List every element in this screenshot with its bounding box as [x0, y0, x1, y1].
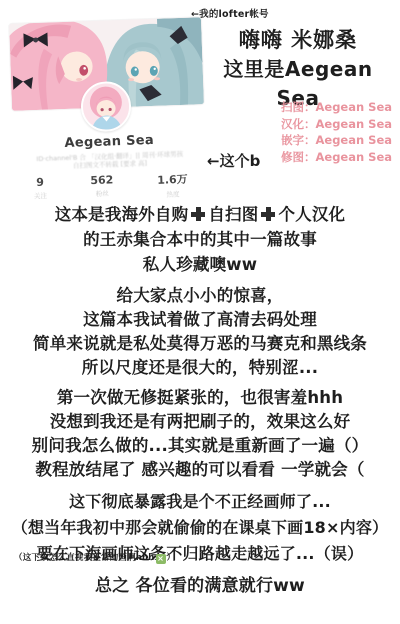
small-note-close: ）	[167, 553, 176, 563]
surprise-line4: 所以尺度还是很大的，特别涩...	[0, 356, 400, 380]
stat-following: 9 关注	[33, 176, 47, 203]
credit-scan: 扫图：Aegean Sea	[281, 99, 392, 116]
stat-heat-label: 热度	[158, 189, 189, 199]
paragraph-source-info: 这本是我海外自购自扫图个人汉化 的王赤集合本中的其中一篇故事 私人珍藏噢ww	[0, 202, 400, 277]
stat-followers-value: 562	[90, 173, 113, 187]
stat-heat: 1.6万 热度	[157, 171, 188, 199]
source-line1: 这本是我海外自购自扫图个人汉化	[0, 202, 400, 227]
stat-followers: 562 粉丝	[90, 173, 114, 201]
stat-following-value: 9	[33, 176, 46, 189]
small-note-text: （这下该怎么直视我正常的画啊hhh	[14, 553, 155, 563]
process-line4: 教程放结尾了 感兴趣的可以看看 一学就会（	[0, 458, 400, 482]
source-line1-seg1: 这本是我海外自购	[55, 205, 189, 224]
stat-following-label: 关注	[34, 191, 47, 200]
credit-retouch: 修图：Aegean Sea	[281, 149, 392, 166]
credit-typeset-label: 嵌字：	[281, 133, 316, 147]
credit-scan-label: 扫图：	[281, 100, 316, 114]
this-one-arrow-note: ←这个b	[207, 150, 260, 171]
surprise-line3: 简单来说就是私处莫得万恶的马赛克和黑线条	[0, 332, 400, 356]
avatar-chibi-art	[82, 83, 130, 131]
source-line1-seg3: 个人汉化	[278, 205, 345, 224]
cross-mark-icon	[156, 554, 166, 564]
surprise-line2: 这篇本我试着做了高清去码处理	[0, 308, 400, 332]
credit-translate-label: 汉化：	[281, 117, 316, 131]
credit-typeset-value: Aegean Sea	[316, 133, 393, 147]
lofter-profile-card: Aegean Sea ID·channel'B 合 「汉化组·翻译」|| 周刊·…	[6, 15, 210, 208]
greeting-line1: 嗨嗨 米娜桑	[203, 26, 393, 55]
small-side-note: （这下该怎么直视我正常的画啊hhh）	[14, 551, 175, 564]
process-line1: 第一次做无修挺紧张的，也很害羞hhh	[0, 386, 400, 410]
lofter-account-arrow-note: ←我的lofter帐号	[191, 6, 269, 20]
source-line2: 的王赤集合本中的其中一篇故事	[0, 227, 400, 252]
credit-translate-value: Aegean Sea	[316, 117, 393, 131]
surprise-line1: 给大家点小小的惊喜，	[0, 284, 400, 308]
confession-line1: 这下彻底暴露我是个不正经画师了...	[0, 489, 400, 515]
credits-list: 扫图：Aegean Sea 汉化：Aegean Sea 嵌字：Aegean Se…	[281, 99, 392, 165]
stat-heat-value: 1.6万	[157, 171, 188, 188]
confession-line2: （想当年我初中那会就偷偷的在课桌下画18×内容）	[0, 515, 400, 541]
paragraph-process: 第一次做无修挺紧张的，也很害羞hhh 没想到我还是有两把刷子的，效果这么好 别问…	[0, 386, 400, 482]
plus-icon	[261, 207, 275, 221]
avatar	[80, 81, 132, 133]
credit-retouch-label: 修图：	[281, 150, 316, 164]
profile-bio: ID·channel'B 合 「汉化组·翻译」|| 周刊·环球男孩 自扫图文不转…	[11, 149, 209, 172]
credit-typeset: 嵌字：Aegean Sea	[281, 132, 392, 149]
credit-scan-value: Aegean Sea	[316, 100, 393, 114]
closing-line: 总之 各位看的满意就行ww	[0, 574, 400, 598]
credit-retouch-value: Aegean Sea	[316, 150, 393, 164]
notice-page: Aegean Sea ID·channel'B 合 「汉化组·翻译」|| 周刊·…	[0, 0, 400, 624]
process-line2: 没想到我还是有两把刷子的，效果这么好	[0, 410, 400, 434]
source-line1-seg2: 自扫图	[208, 205, 258, 224]
plus-icon	[191, 207, 205, 221]
source-line3: 私人珍藏噢ww	[0, 252, 400, 277]
paragraph-surprise: 给大家点小小的惊喜， 这篇本我试着做了高清去码处理 简单来说就是私处莫得万恶的马…	[0, 284, 400, 380]
stat-followers-label: 粉丝	[91, 188, 114, 198]
credit-translate: 汉化：Aegean Sea	[281, 116, 392, 133]
profile-stats: 9 关注 562 粉丝 1.6万 热度	[11, 170, 210, 204]
process-line3: 别问我怎么做的...其实就是重新画了一遍（）	[0, 434, 400, 458]
